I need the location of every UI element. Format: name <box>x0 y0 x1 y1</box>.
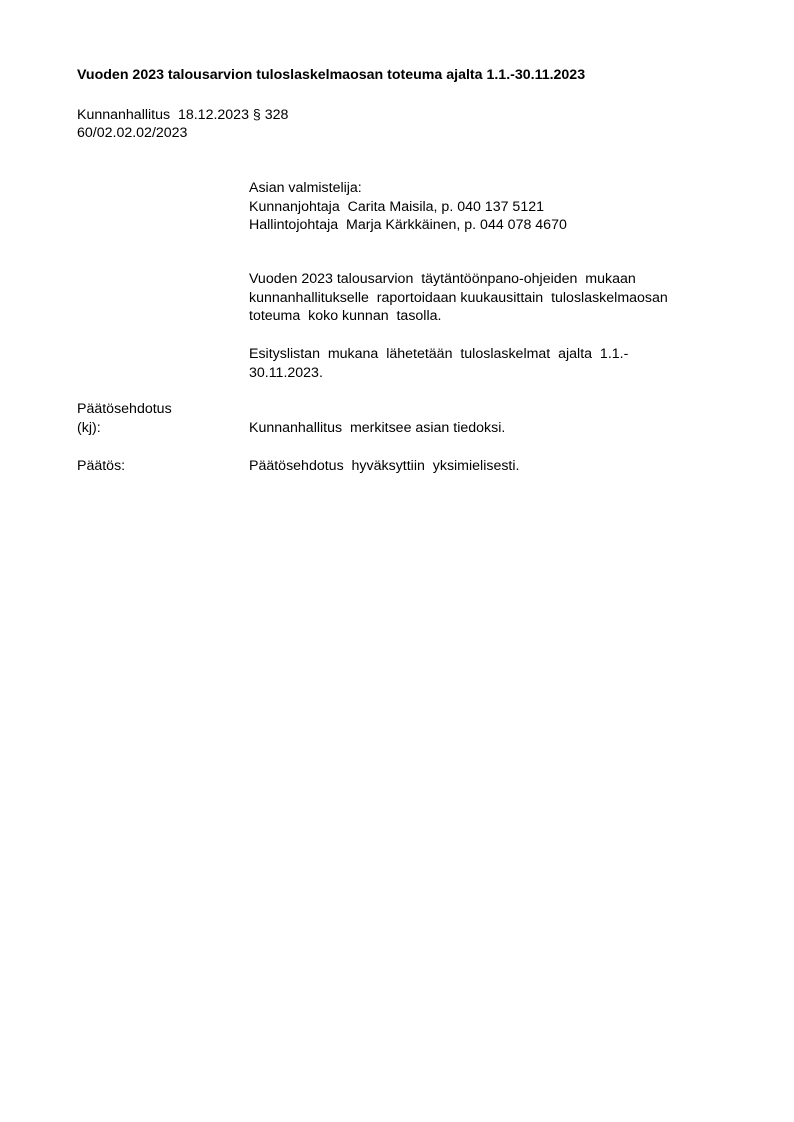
record-number: 60/02.02.02/2023 <box>77 124 288 142</box>
document-title: Vuoden 2023 talousarvion tuloslaskelmaos… <box>77 66 585 84</box>
preparer-line: Kunnanjohtaja Carita Maisila, p. 040 137… <box>249 198 567 217</box>
body-paragraph-1: Vuoden 2023 talousarvion täytäntöönpano-… <box>249 270 668 326</box>
meeting-line: Kunnanhallitus 18.12.2023 § 328 <box>77 106 288 124</box>
body-paragraph-2: Esityslistan mukana lähetetään tuloslask… <box>249 345 628 382</box>
decision-label: Päätös: <box>77 457 125 475</box>
meeting-meta: Kunnanhallitus 18.12.2023 § 328 60/02.02… <box>77 106 288 142</box>
proposal-label-line: Päätösehdotus <box>77 400 172 419</box>
proposal-label: Päätösehdotus (kj): <box>77 400 172 438</box>
proposal-text: Kunnanhallitus merkitsee asian tiedoksi. <box>249 419 505 437</box>
paragraph-line: Vuoden 2023 talousarvion täytäntöönpano-… <box>249 270 668 289</box>
preparer-line: Hallintojohtaja Marja Kärkkäinen, p. 044… <box>249 216 567 235</box>
decision-text: Päätösehdotus hyväksyttiin yksimielisest… <box>249 457 519 475</box>
paragraph-line: Esityslistan mukana lähetetään tuloslask… <box>249 345 628 364</box>
proposal-label-line: (kj): <box>77 419 172 438</box>
paragraph-line: toteuma koko kunnan tasolla. <box>249 307 668 326</box>
paragraph-line: kunnanhallitukselle raportoidaan kuukaus… <box>249 289 668 308</box>
paragraph-line: 30.11.2023. <box>249 364 628 383</box>
preparer-heading: Asian valmistelija: <box>249 179 567 198</box>
preparer-block: Asian valmistelija: Kunnanjohtaja Carita… <box>249 179 567 235</box>
document-page: Vuoden 2023 talousarvion tuloslaskelmaos… <box>0 0 794 1122</box>
